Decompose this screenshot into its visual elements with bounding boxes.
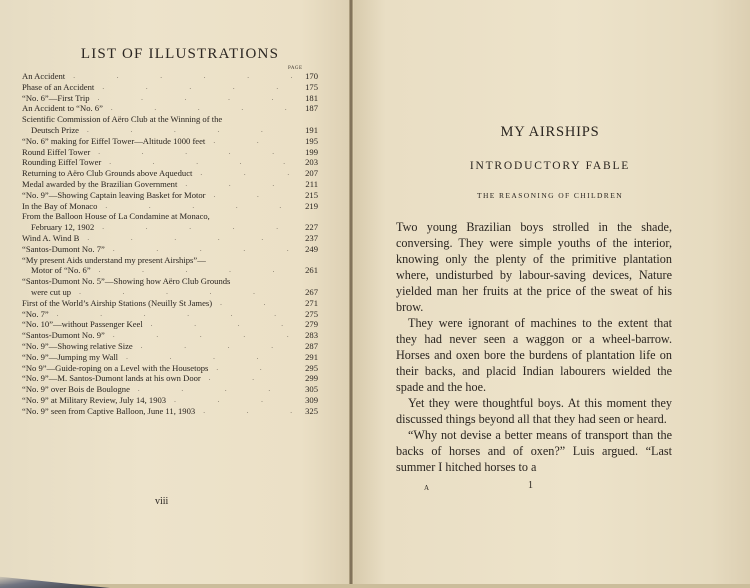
body-text: Two young Brazilian boys strolled in the…: [396, 219, 672, 475]
illustration-entry: Round Eiffel Tower. . . . . . . . . . . …: [22, 147, 318, 158]
entry-title: Rounding Eiffel Tower: [22, 157, 101, 168]
illustration-entry: “No. 9” at Military Review, July 14, 190…: [22, 395, 318, 406]
leader-dots: . . . . . . . . . . . . . . .: [133, 341, 292, 352]
entry-page-number: 325: [292, 406, 318, 417]
entry-title: “Santos-Dumont No. 9”: [22, 330, 105, 341]
entry-page-number: 207: [292, 168, 318, 179]
illustration-entry: “No. 9”—Jumping my Wall. . . . . . . . .…: [22, 352, 318, 363]
entry-page-number: 187: [292, 103, 318, 114]
illustration-entry: “No 9”—Guide-roping on a Level with the …: [22, 363, 318, 374]
leader-dots: . . . . . . . . . . . . . . .: [143, 319, 292, 330]
illustration-entry: Wind A. Wind B. . . . . . . . . . . . . …: [22, 233, 318, 244]
leader-dots: . . . . . . . . . . . . . . .: [71, 287, 292, 298]
entry-page-number: 267: [292, 287, 318, 298]
entry-continuation-line: were cut up. . . . . . . . . . . . . . .…: [22, 287, 318, 298]
entry-title: “No. 9”—M. Santos-Dumont lands at his ow…: [22, 373, 201, 384]
entry-title: “No. 7”: [22, 309, 49, 320]
illustration-entry: “No. 6”—First Trip. . . . . . . . . . . …: [22, 93, 318, 104]
entry-title: In the Bay of Monaco: [22, 201, 97, 212]
entry-title: Round Eiffel Tower: [22, 147, 90, 158]
illustration-entry: In the Bay of Monaco. . . . . . . . . . …: [22, 201, 318, 212]
leader-dots: . . . . . . . . . . . . . . .: [192, 168, 292, 179]
entry-page-number: 227: [292, 222, 318, 233]
entry-page-number: 261: [292, 265, 318, 276]
paragraph: Yet they were thoughtful boys. At this m…: [396, 395, 672, 427]
entry-page-number: 203: [292, 157, 318, 168]
entry-page-number: 170: [292, 71, 318, 82]
entry-page-number: 195: [292, 136, 318, 147]
entry-title-continued: Deutsch Prize: [31, 125, 79, 136]
entry-page-number: 283: [292, 330, 318, 341]
entry-page-number: 199: [292, 147, 318, 158]
leader-dots: . . . . . . . . . . . . . . .: [205, 136, 292, 147]
entry-page-number: 237: [292, 233, 318, 244]
paragraph: Two young Brazilian boys strolled in the…: [396, 219, 672, 315]
leader-dots: . . . . . . . . . . . . . . .: [91, 265, 292, 276]
entry-page-number: 175: [292, 82, 318, 93]
entry-page-number: 271: [292, 298, 318, 309]
entry-title: “No. 9”—Jumping my Wall: [22, 352, 118, 363]
illustration-entry: Medal awarded by the Brazilian Governmen…: [22, 179, 318, 190]
leader-dots: . . . . . . . . . . . . . . .: [212, 298, 292, 309]
entry-title: An Accident to “No. 6”: [22, 103, 103, 114]
entry-page-number: 215: [292, 190, 318, 201]
entry-page-number: 249: [292, 244, 318, 255]
illustration-entry: “No. 9”—M. Santos-Dumont lands at his ow…: [22, 373, 318, 384]
entry-title: “No. 9” at Military Review, July 14, 190…: [22, 395, 166, 406]
page-number-left: viii: [155, 496, 168, 507]
leader-dots: . . . . . . . . . . . . . . .: [103, 103, 292, 114]
entry-title: “No. 9”—Showing relative Size: [22, 341, 133, 352]
entry-page-number: 219: [292, 201, 318, 212]
illustration-entry: Phase of an Accident. . . . . . . . . . …: [22, 82, 318, 93]
illustration-entry: “No. 10”—without Passenger Keel. . . . .…: [22, 319, 318, 330]
page-number-right: 1: [528, 480, 533, 491]
leader-dots: . . . . . . . . . . . . . . .: [105, 330, 292, 341]
entry-title: From the Balloon House of La Condamine a…: [22, 211, 318, 222]
paragraph: “Why not devise a better means of transp…: [396, 427, 672, 475]
leader-dots: . . . . . . . . . . . . . . .: [94, 82, 292, 93]
leader-dots: . . . . . . . . . . . . . . .: [65, 71, 292, 82]
leader-dots: . . . . . . . . . . . . . . .: [177, 179, 292, 190]
leader-dots: . . . . . . . . . . . . . . .: [79, 233, 292, 244]
entry-title-continued: were cut up: [31, 287, 71, 298]
illustration-entry: “Santos-Dumont No. 5”—Showing how Aëro C…: [22, 276, 318, 298]
leader-dots: . . . . . . . . . . . . . . .: [195, 406, 292, 417]
entry-title: “My present Aids understand my present A…: [22, 255, 318, 266]
leader-dots: . . . . . . . . . . . . . . .: [208, 363, 292, 374]
leader-dots: . . . . . . . . . . . . . . .: [94, 222, 292, 233]
entry-page-number: 279: [292, 319, 318, 330]
page-bottom-edge: [0, 584, 750, 588]
illustration-entry: “No. 7”. . . . . . . . . . . . . . .275: [22, 309, 318, 320]
entry-page-number: 181: [292, 93, 318, 104]
leader-dots: . . . . . . . . . . . . . . .: [206, 190, 292, 201]
entry-page-number: 275: [292, 309, 318, 320]
entry-title: “No. 9” over Bois de Boulogne: [22, 384, 130, 395]
signature-mark: A: [424, 484, 429, 492]
leader-dots: . . . . . . . . . . . . . . .: [97, 201, 292, 212]
entry-title: “No. 9” seen from Captive Balloon, June …: [22, 406, 195, 417]
illustration-entry: Scientific Commission of Aëro Club at th…: [22, 114, 318, 136]
book-title: MY AIRSHIPS: [440, 124, 660, 141]
chapter-title: INTRODUCTORY FABLE: [420, 160, 680, 172]
entry-page-number: 295: [292, 363, 318, 374]
entry-title: An Accident: [22, 71, 65, 82]
entry-title: “No. 6” making for Eiffel Tower—Altitude…: [22, 136, 205, 147]
entry-title: Returning to Aëro Club Grounds above Aqu…: [22, 168, 192, 179]
illustration-entry: “No. 9” seen from Captive Balloon, June …: [22, 406, 318, 417]
illustration-entry: “Santos-Dumont No. 9”. . . . . . . . . .…: [22, 330, 318, 341]
leader-dots: . . . . . . . . . . . . . . .: [201, 373, 292, 384]
leader-dots: . . . . . . . . . . . . . . .: [49, 309, 292, 320]
section-title: THE REASONING OF CHILDREN: [430, 191, 670, 200]
entry-page-number: 305: [292, 384, 318, 395]
book-gutter: [349, 0, 353, 588]
entry-page-number: 291: [292, 352, 318, 363]
entry-page-number: 287: [292, 341, 318, 352]
illustration-entry: “No. 9”—Showing relative Size. . . . . .…: [22, 341, 318, 352]
illustration-entry: “No. 6” making for Eiffel Tower—Altitude…: [22, 136, 318, 147]
leader-dots: . . . . . . . . . . . . . . .: [90, 147, 292, 158]
leader-dots: . . . . . . . . . . . . . . .: [130, 384, 292, 395]
entry-title: “Santos-Dumont No. 7”: [22, 244, 105, 255]
illustration-entry: “No. 9”—Showing Captain leaving Basket f…: [22, 190, 318, 201]
entry-title: Phase of an Accident: [22, 82, 94, 93]
open-book-spread: LIST OF ILLUSTRATIONS PAGE An Accident. …: [0, 0, 750, 588]
entry-title: “No. 9”—Showing Captain leaving Basket f…: [22, 190, 206, 201]
leader-dots: . . . . . . . . . . . . . . .: [118, 352, 292, 363]
entry-continuation-line: Motor of “No. 6”. . . . . . . . . . . . …: [22, 265, 318, 276]
entry-page-number: 191: [292, 125, 318, 136]
illustrations-list: An Accident. . . . . . . . . . . . . . .…: [22, 71, 318, 417]
entry-title-continued: February 12, 1902: [31, 222, 94, 233]
illustration-entry: An Accident. . . . . . . . . . . . . . .…: [22, 71, 318, 82]
entry-page-number: 309: [292, 395, 318, 406]
leader-dots: . . . . . . . . . . . . . . .: [79, 125, 292, 136]
entry-continuation-line: February 12, 1902. . . . . . . . . . . .…: [22, 222, 318, 233]
leader-dots: . . . . . . . . . . . . . . .: [166, 395, 292, 406]
leader-dots: . . . . . . . . . . . . . . .: [105, 244, 292, 255]
entry-title: “No. 6”—First Trip: [22, 93, 90, 104]
leader-dots: . . . . . . . . . . . . . . .: [90, 93, 292, 104]
illustration-entry: Returning to Aëro Club Grounds above Aqu…: [22, 168, 318, 179]
entry-title: “No 9”—Guide-roping on a Level with the …: [22, 363, 208, 374]
illustration-entry: Rounding Eiffel Tower. . . . . . . . . .…: [22, 157, 318, 168]
entry-page-number: 211: [292, 179, 318, 190]
paragraph: They were ignorant of machines to the ex…: [396, 315, 672, 395]
entry-title: Scientific Commission of Aëro Club at th…: [22, 114, 318, 125]
entry-title: Medal awarded by the Brazilian Governmen…: [22, 179, 177, 190]
illustration-entry: An Accident to “No. 6”. . . . . . . . . …: [22, 103, 318, 114]
entry-continuation-line: Deutsch Prize. . . . . . . . . . . . . .…: [22, 125, 318, 136]
illustration-entry: From the Balloon House of La Condamine a…: [22, 211, 318, 233]
illustration-entry: “My present Aids understand my present A…: [22, 255, 318, 277]
entry-title: “Santos-Dumont No. 5”—Showing how Aëro C…: [22, 276, 318, 287]
illustration-entry: “No. 9” over Bois de Boulogne. . . . . .…: [22, 384, 318, 395]
list-of-illustrations-title: LIST OF ILLUSTRATIONS: [80, 46, 280, 63]
entry-title-continued: Motor of “No. 6”: [31, 265, 91, 276]
entry-page-number: 299: [292, 373, 318, 384]
entry-title: Wind A. Wind B: [22, 233, 79, 244]
illustration-entry: First of the World’s Airship Stations (N…: [22, 298, 318, 309]
leader-dots: . . . . . . . . . . . . . . .: [101, 157, 292, 168]
entry-title: “No. 10”—without Passenger Keel: [22, 319, 143, 330]
illustration-entry: “Santos-Dumont No. 7”. . . . . . . . . .…: [22, 244, 318, 255]
entry-title: First of the World’s Airship Stations (N…: [22, 298, 212, 309]
